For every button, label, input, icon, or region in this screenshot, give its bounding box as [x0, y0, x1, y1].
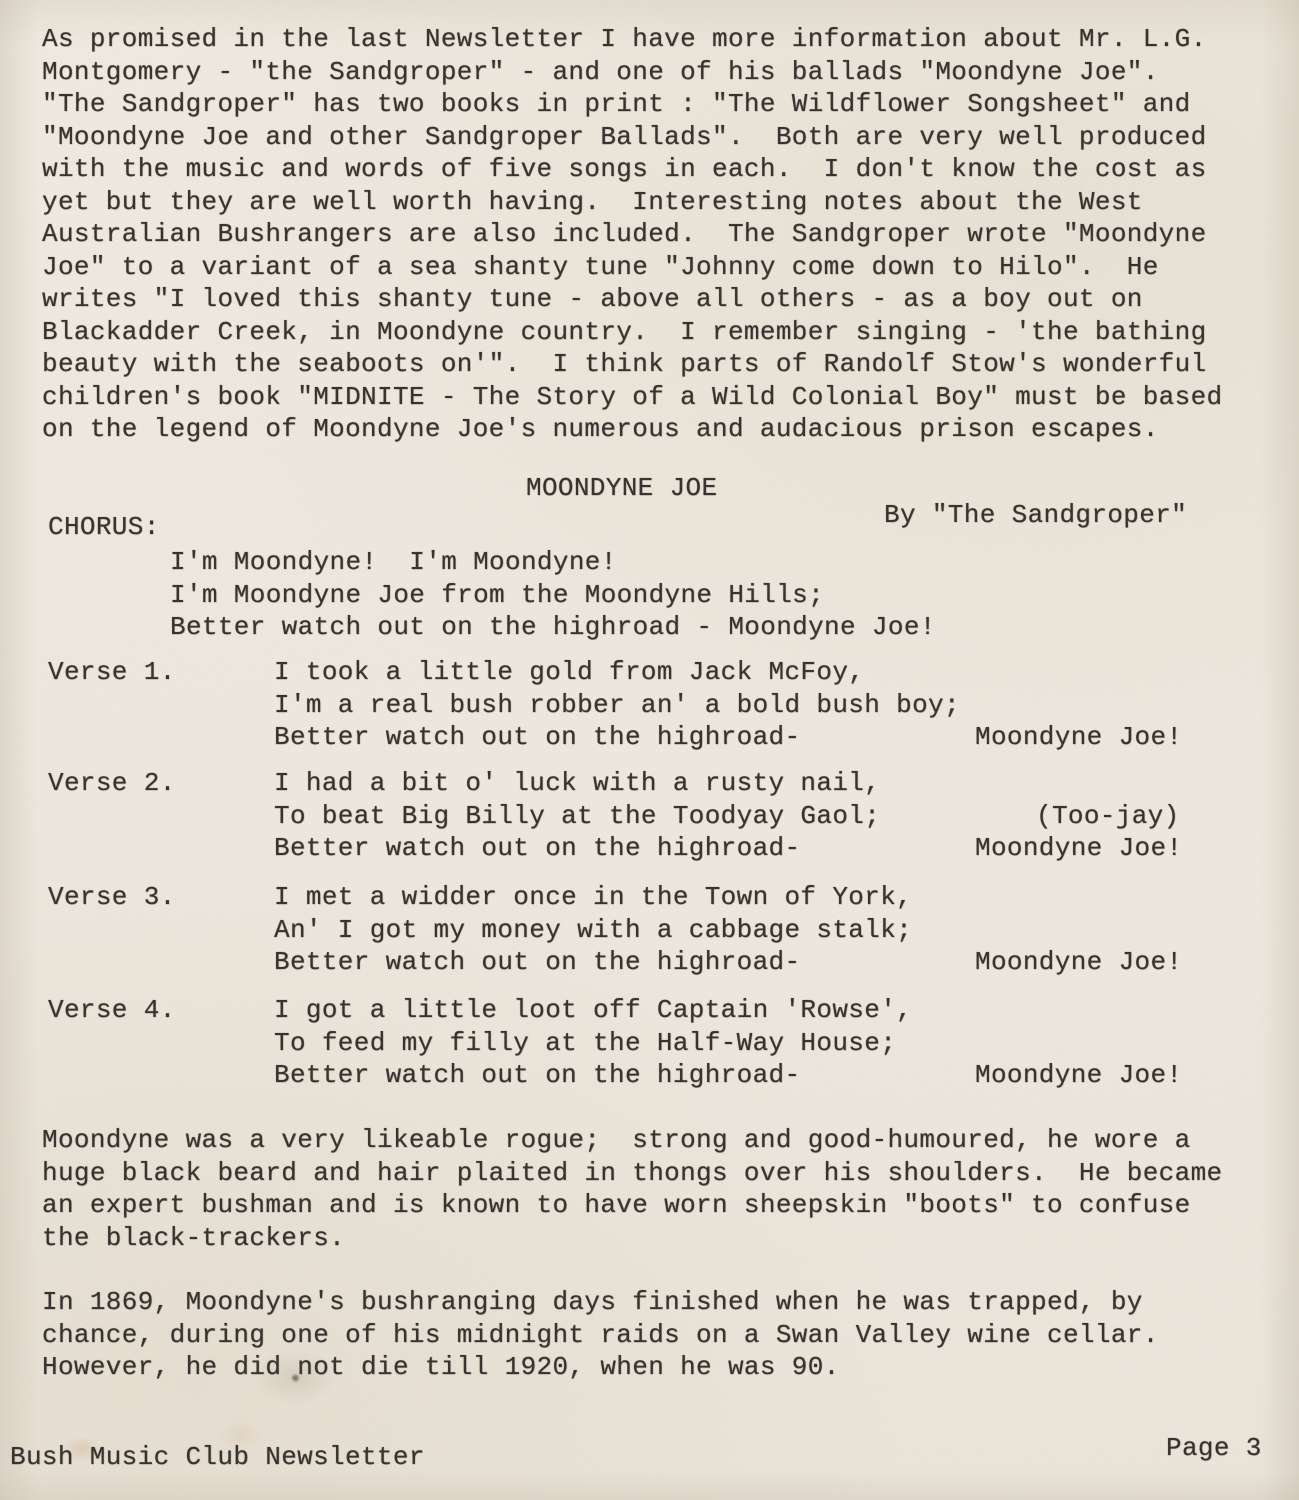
verse-4-refrain: Moondyne Joe! [975, 1059, 1182, 1092]
footer-newsletter-name: Bush Music Club Newsletter [10, 1441, 425, 1474]
verse-3: Verse 3. I met a widder once in the Town… [0, 881, 1299, 979]
verse-1: Verse 1. I took a little gold from Jack … [0, 656, 1299, 754]
verse-2: Verse 2. I had a bit o' luck with a rust… [0, 767, 1299, 865]
song-byline: By "The Sandgroper" [884, 499, 1187, 532]
verse-3-refrain: Moondyne Joe! [975, 946, 1182, 979]
paragraph-1869-capture: In 1869, Moondyne's bushranging days fin… [42, 1286, 1159, 1384]
verse-2-refrain: Moondyne Joe! [975, 832, 1182, 865]
paragraph-moondyne-description: Moondyne was a very likeable rogue; stro… [42, 1124, 1223, 1254]
verse-4: Verse 4. I got a little loot off Captain… [0, 994, 1299, 1092]
verse-2-pronunciation-note: (Too-jay) [1036, 800, 1180, 833]
chorus-lines: I'm Moondyne! I'm Moondyne! I'm Moondyne… [170, 546, 936, 644]
verse-2-label: Verse 2. [48, 767, 176, 800]
verse-1-lines: I took a little gold from Jack McFoy, I'… [274, 656, 960, 754]
verse-3-lines: I met a widder once in the Town of York,… [274, 881, 912, 979]
chorus-label: CHORUS: [48, 511, 160, 544]
verse-2-lines: I had a bit o' luck with a rusty nail, T… [274, 767, 880, 865]
verse-1-label: Verse 1. [48, 656, 176, 689]
song-title: MOONDYNE JOE [526, 472, 717, 505]
verse-4-label: Verse 4. [48, 994, 176, 1027]
verse-4-lines: I got a little loot off Captain 'Rowse',… [274, 994, 912, 1092]
ink-stain [291, 1373, 300, 1383]
verse-3-label: Verse 3. [48, 881, 176, 914]
footer-page-number: Page 3 [1166, 1432, 1262, 1465]
newsletter-scanned-page: As promised in the last Newsletter I hav… [0, 0, 1299, 1500]
intro-paragraph: As promised in the last Newsletter I hav… [42, 23, 1223, 446]
verse-1-refrain: Moondyne Joe! [975, 721, 1182, 754]
